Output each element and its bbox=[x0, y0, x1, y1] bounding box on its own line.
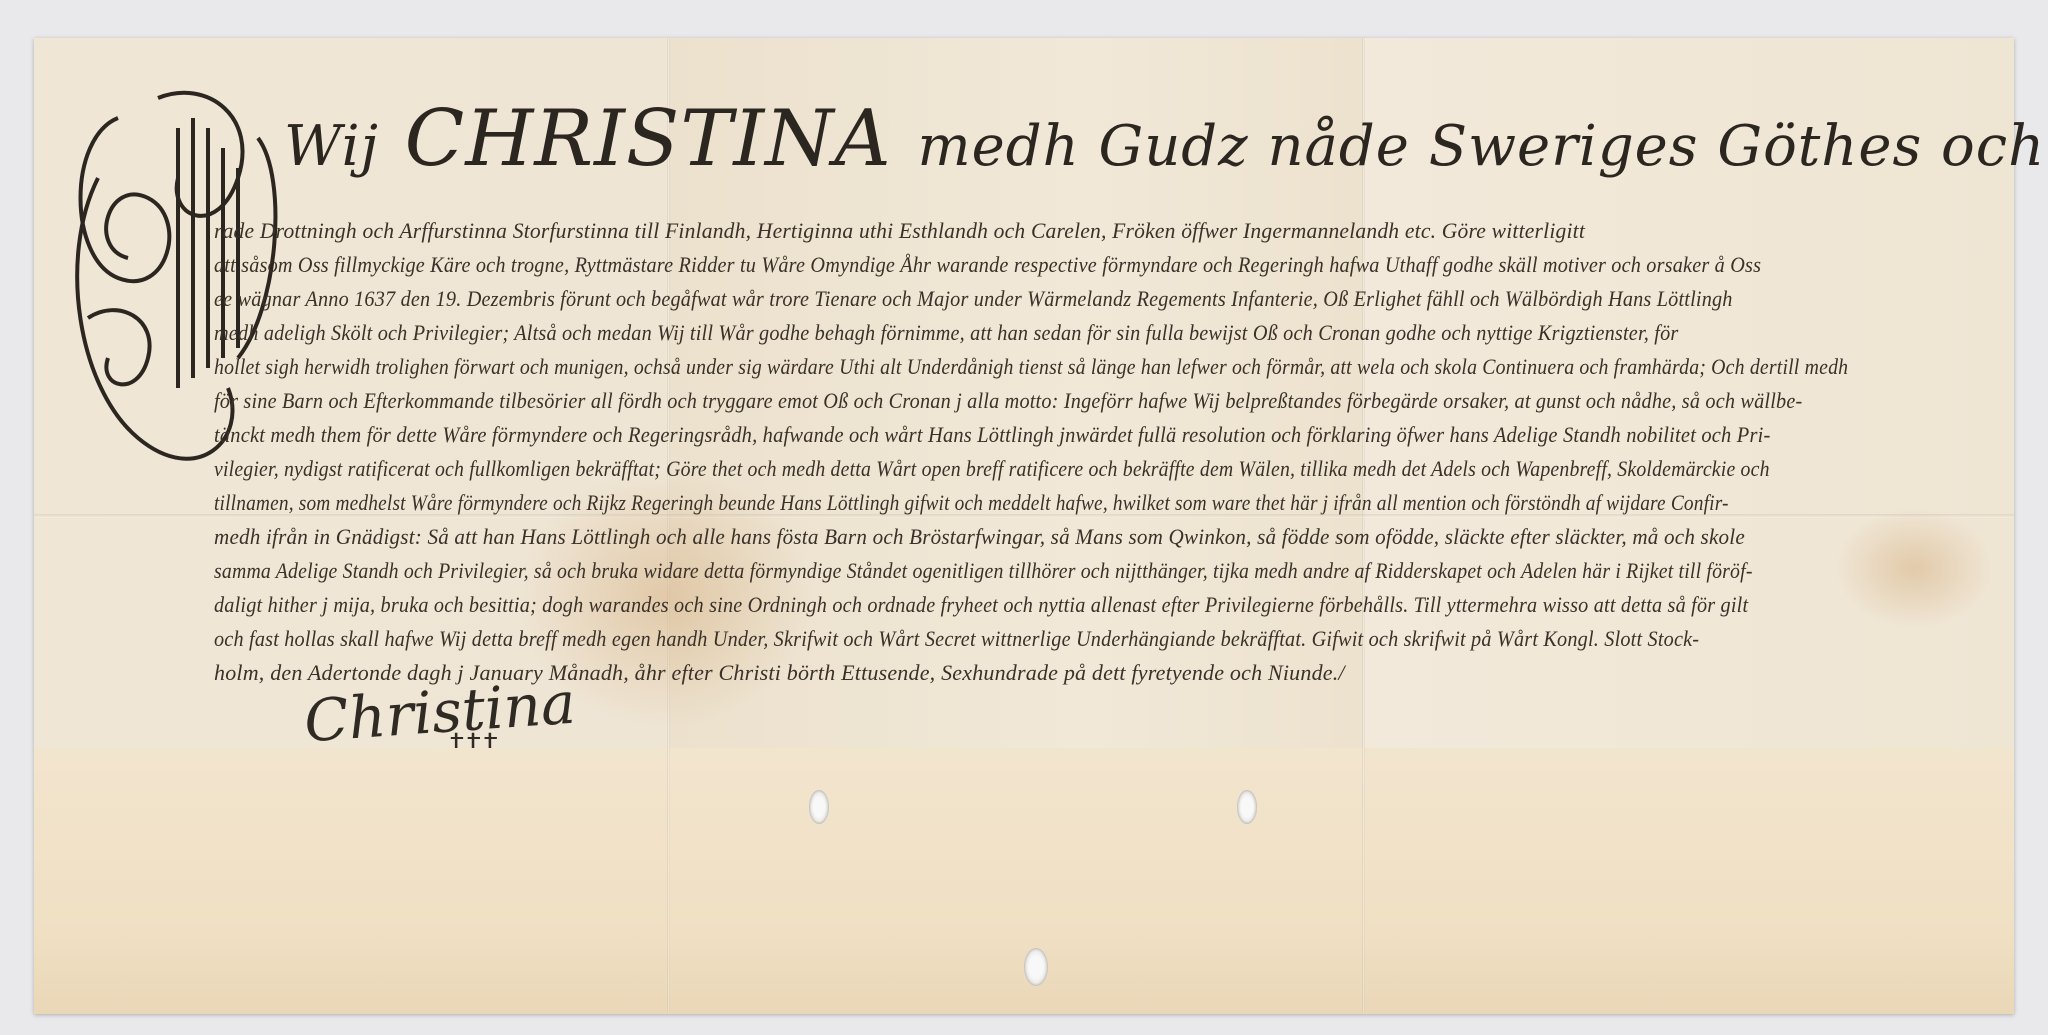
text-line: att såsom Oss fillmyckige Käre och trogn… bbox=[214, 252, 1761, 278]
vertical-fold-crease bbox=[1362, 748, 1365, 1014]
text-line: och fast hollas skall hafwe Wij detta br… bbox=[214, 626, 1699, 652]
seal-hole bbox=[1024, 948, 1048, 986]
text-line: daligt hither j mija, bruka och besittia… bbox=[214, 592, 1748, 618]
text-line: ee wägnar Anno 1637 den 19. Dezembris fö… bbox=[214, 286, 1733, 312]
heading-name: CHRISTINA bbox=[405, 94, 892, 184]
text-line: hollet sigh herwidh trolighen förwart oc… bbox=[214, 354, 1848, 380]
text-line: tillnamen, som medhelst Wåre förmyndere … bbox=[214, 490, 1729, 516]
heading-text: medh Gudz nåde Sweriges Göthes och Wende… bbox=[918, 114, 2048, 179]
text-line: samma Adelige Standh och Privilegier, så… bbox=[214, 558, 1753, 584]
seal-hole bbox=[1237, 790, 1257, 824]
heading-initial: Wij bbox=[284, 114, 379, 179]
text-line: rade Drottningh och Arffurstinna Storfur… bbox=[214, 218, 1585, 244]
vertical-fold-crease bbox=[667, 748, 670, 1014]
folded-bottom-flap bbox=[34, 748, 2014, 1014]
seal-hole bbox=[809, 790, 829, 824]
text-line: medh adeligh Skölt och Privilegier; Alts… bbox=[214, 320, 1678, 346]
water-stain bbox=[1834, 508, 1994, 628]
parchment-document: Wij CHRISTINA medh Gudz nåde Sweriges Gö… bbox=[34, 38, 2014, 1014]
document-heading: Wij CHRISTINA medh Gudz nåde Sweriges Gö… bbox=[284, 100, 2048, 178]
text-line: tänckt medh them för dette Wåre förmynde… bbox=[214, 422, 1770, 448]
text-line: vilegier, nydigst ratificerat och fullko… bbox=[214, 456, 1770, 482]
text-line: för sine Barn och Efterkommande tilbesör… bbox=[214, 388, 1802, 414]
text-line: medh ifrån in Gnädigst: Så att han Hans … bbox=[214, 524, 1745, 550]
